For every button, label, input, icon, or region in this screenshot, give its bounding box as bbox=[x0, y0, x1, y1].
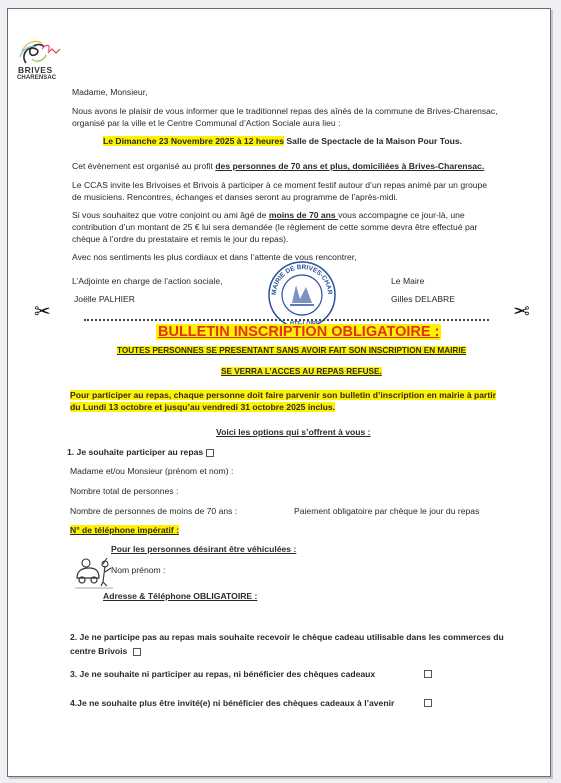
cut-line bbox=[84, 319, 489, 321]
scissors-right-icon: ✂ bbox=[513, 302, 530, 322]
option-1: 1. Je souhaite participer au repas bbox=[67, 446, 214, 458]
car-passengers-icon bbox=[73, 554, 115, 590]
transport-name-label: Nom prénom : bbox=[111, 564, 165, 576]
ccas-line-2: de musiciens. Rencontres, échanges et da… bbox=[72, 191, 398, 203]
ccas-line-1: Le CCAS invite les Brivoises et Brivois … bbox=[72, 179, 487, 191]
deadline-line-2-text: du Lundi 13 octobre et jusqu’au vendredi… bbox=[70, 402, 335, 412]
warning-line-1: TOUTES PERSONNES SE PRESENTANT SANS AVOI… bbox=[117, 345, 466, 357]
deadline-line-2: du Lundi 13 octobre et jusqu’au vendredi… bbox=[70, 401, 335, 413]
field-total-label: Nombre total de personnes : bbox=[70, 485, 178, 497]
left-signatory-name: Joëlle PALHIER bbox=[74, 293, 135, 305]
left-signatory-title: L’Adjointe en charge de l’action sociale… bbox=[72, 275, 223, 287]
event-date: Le Dimanche 23 Novembre 2025 à 12 heures bbox=[103, 136, 284, 146]
audience-emphasis: des personnes de 70 ans et plus, domicil… bbox=[215, 161, 484, 171]
guest-emphasis: moins de 70 ans bbox=[269, 210, 338, 220]
right-signatory-title: Le Maire bbox=[391, 275, 424, 287]
scissors-left-icon: ✂ bbox=[34, 302, 51, 322]
svg-text:MAIRIE DE BRIVES-CHARENSAC: MAIRIE DE BRIVES-CHARENSAC bbox=[266, 259, 333, 295]
option-1-checkbox[interactable] bbox=[206, 449, 214, 457]
right-signatory-name: Gilles DELABRE bbox=[391, 293, 455, 305]
logo-swirl-icon bbox=[18, 37, 66, 67]
audience-prefix: Cet évènement est organisé au profit bbox=[72, 161, 215, 171]
brives-charensac-logo: BRIVES CHARENSAC bbox=[18, 37, 66, 87]
greeting: Madame, Monsieur, bbox=[72, 86, 147, 98]
intro-line-1: Nous avons le plaisir de vous informer q… bbox=[72, 105, 498, 117]
option-3-label: 3. Je ne souhaite ni participer au repas… bbox=[70, 668, 375, 680]
event-date-line: Le Dimanche 23 Novembre 2025 à 12 heures… bbox=[103, 135, 462, 147]
stamp-text: MAIRIE DE BRIVES-CHARENSAC bbox=[266, 259, 333, 295]
event-venue: Salle de Spectacle de la Maison Pour Tou… bbox=[284, 136, 462, 146]
field-under70-label: Nombre de personnes de moins de 70 ans : bbox=[70, 505, 237, 517]
transport-address-label: Adresse & Téléphone OBLIGATOIRE : bbox=[103, 590, 257, 602]
option-1-label: 1. Je souhaite participer au repas bbox=[67, 447, 203, 457]
option-4-checkbox[interactable] bbox=[424, 699, 432, 707]
phone-label: N° de téléphone impératif : bbox=[70, 524, 179, 536]
payment-note: Paiement obligatoire par chèque le jour … bbox=[294, 505, 479, 517]
intro-line-2: organisé par la ville et le Centre Commu… bbox=[72, 117, 340, 129]
phone-label-text: N° de téléphone impératif : bbox=[70, 525, 179, 535]
guest-line-1: Si vous souhaitez que votre conjoint ou … bbox=[72, 209, 465, 221]
guest-line-3: chèque à l’ordre du prestataire et remis… bbox=[72, 233, 288, 245]
logo-subtitle: CHARENSAC bbox=[17, 75, 56, 82]
deadline-line-1: Pour participer au repas, chaque personn… bbox=[70, 389, 496, 401]
warning-line-2: SE VERRA L’ACCES AU REPAS REFUSE. bbox=[221, 366, 382, 378]
option-2-line-2-text: centre Brivois bbox=[70, 646, 127, 656]
option-3-checkbox[interactable] bbox=[424, 670, 432, 678]
audience-line: Cet évènement est organisé au profit des… bbox=[72, 160, 484, 172]
option-4-label: 4.Je ne souhaite plus être invité(e) ni … bbox=[70, 697, 394, 709]
option-2-checkbox[interactable] bbox=[133, 648, 141, 656]
field-names-label: Madame et/ou Monsieur (prénom et nom) : bbox=[70, 465, 233, 477]
warning-line-1-text: TOUTES PERSONNES SE PRESENTANT SANS AVOI… bbox=[117, 346, 466, 355]
transport-heading: Pour les personnes désirant être véhicul… bbox=[111, 543, 296, 555]
deadline-line-1-text: Pour participer au repas, chaque personn… bbox=[70, 390, 496, 400]
form-title: BULLETIN INSCRIPTION OBLIGATOIRE : bbox=[156, 324, 441, 340]
warning-line-2-text: SE VERRA L’ACCES AU REPAS REFUSE. bbox=[221, 367, 382, 376]
logo-name: BRIVES bbox=[18, 66, 53, 75]
form-title-wrap: BULLETIN INSCRIPTION OBLIGATOIRE : bbox=[156, 323, 441, 341]
guest-line-2: contribution d’un montant de 25 € lui se… bbox=[72, 221, 477, 233]
option-2-line-2: centre Brivois bbox=[70, 645, 141, 657]
options-heading: Voici les options qui s’offrent à vous : bbox=[216, 426, 371, 438]
option-2-line-1: 2. Je ne participe pas au repas mais sou… bbox=[70, 631, 504, 643]
guest-prefix: Si vous souhaitez que votre conjoint ou … bbox=[72, 210, 269, 220]
guest-suffix: vous accompagne ce jour-là, une bbox=[338, 210, 465, 220]
document-page: BRIVES CHARENSAC Madame, Monsieur, Nous … bbox=[7, 8, 551, 777]
